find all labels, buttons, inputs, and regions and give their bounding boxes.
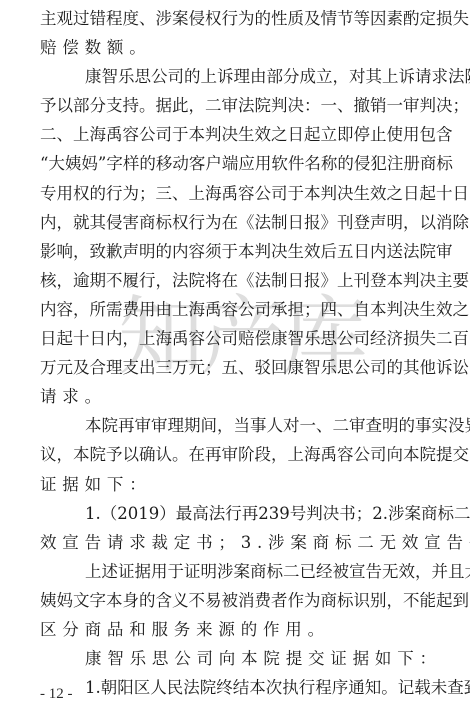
text-line: 内容，所需费用由上海禹容公司承担；四、自本判决生效之 [40,295,442,324]
text-line: 核，逾期不履行，法院将在《法制日报》上刊登本判决主要 [40,266,442,295]
text-line: 1.（2019）最高法行再239号判决书；2.涉案商标二无 [40,499,442,528]
text-line: 效宣告请求裁定书；3.涉案商标二无效宣告公告。 [40,528,442,557]
paragraph-appeal-judgment: 康智乐思公司的上诉理由部分成立，对其上诉请求法院 予以部分支持。据此，二审法院判… [40,62,442,411]
text-line: 二、上海禹容公司于本判决生效之日起立即停止使用包含 [40,120,442,149]
text-line: 1.朝阳区人民法院终结本次执行程序通知。记载未查到 [40,673,442,702]
paragraph-continued: 主观过错程度、涉案侵权行为的性质及情节等因素酌定损失 赔偿数额。 [40,4,442,62]
document-body: 主观过错程度、涉案侵权行为的性质及情节等因素酌定损失 赔偿数额。 康智乐思公司的… [40,4,442,702]
text-line: 主观过错程度、涉案侵权行为的性质及情节等因素酌定损失 [40,4,442,33]
text-line: 议，本院予以确认。在再审阶段，上海禹容公司向本院提交 [40,440,442,469]
paragraph-retrial: 本院再审审理期间，当事人对一、二审查明的事实没异 议，本院予以确认。在再审阶段，… [40,411,442,498]
text-line: 赔偿数额。 [40,33,442,62]
text-line: “大姨妈”字样的移动客户端应用软件名称的侵犯注册商标 [40,149,442,178]
document-page: 知产库 主观过错程度、涉案侵权行为的性质及情节等因素酌定损失 赔偿数额。 康智乐… [0,0,470,719]
paragraph-evidence-item: 1.朝阳区人民法院终结本次执行程序通知。记载未查到 [40,673,442,702]
text-line: 万元及合理支出三万元；五、驳回康智乐思公司的其他诉讼 [40,353,442,382]
text-line: 请求。 [40,382,442,411]
text-line: 上述证据用于证明涉案商标二已经被宣告无效，并且大 [40,557,442,586]
paragraph-evidence-purpose: 上述证据用于证明涉案商标二已经被宣告无效，并且大 姨妈文字本身的含义不易被消费者… [40,557,442,644]
text-line: 日起十日内，上海禹容公司赔偿康智乐思公司经济损失二百 [40,324,442,353]
text-line: 影响，致歉声明的内容须于本判决生效后五日内送法院审 [40,237,442,266]
text-line: 康智乐思公司向本院提交证据如下： [40,644,442,673]
text-line: 内，就其侵害商标权行为在《法制日报》刊登声明，以消除 [40,208,442,237]
text-line: 姨妈文字本身的含义不易被消费者作为商标识别，不能起到 [40,586,442,615]
text-line: 本院再审审理期间，当事人对一、二审查明的事实没异 [40,411,442,440]
text-line: 证据如下： [40,470,442,499]
page-number: - 12 - [40,686,73,703]
text-line: 康智乐思公司的上诉理由部分成立，对其上诉请求法院 [40,62,442,91]
text-line: 专用权的行为；三、上海禹容公司于本判决生效之日起十日 [40,179,442,208]
text-line: 区分商品和服务来源的作用。 [40,615,442,644]
text-line: 予以部分支持。据此，二审法院判决：一、撤销一审判决； [40,91,442,120]
paragraph-evidence-list-yurong: 1.（2019）最高法行再239号判决书；2.涉案商标二无 效宣告请求裁定书；3… [40,499,442,557]
paragraph-evidence-intro-kangzhi: 康智乐思公司向本院提交证据如下： [40,644,442,673]
